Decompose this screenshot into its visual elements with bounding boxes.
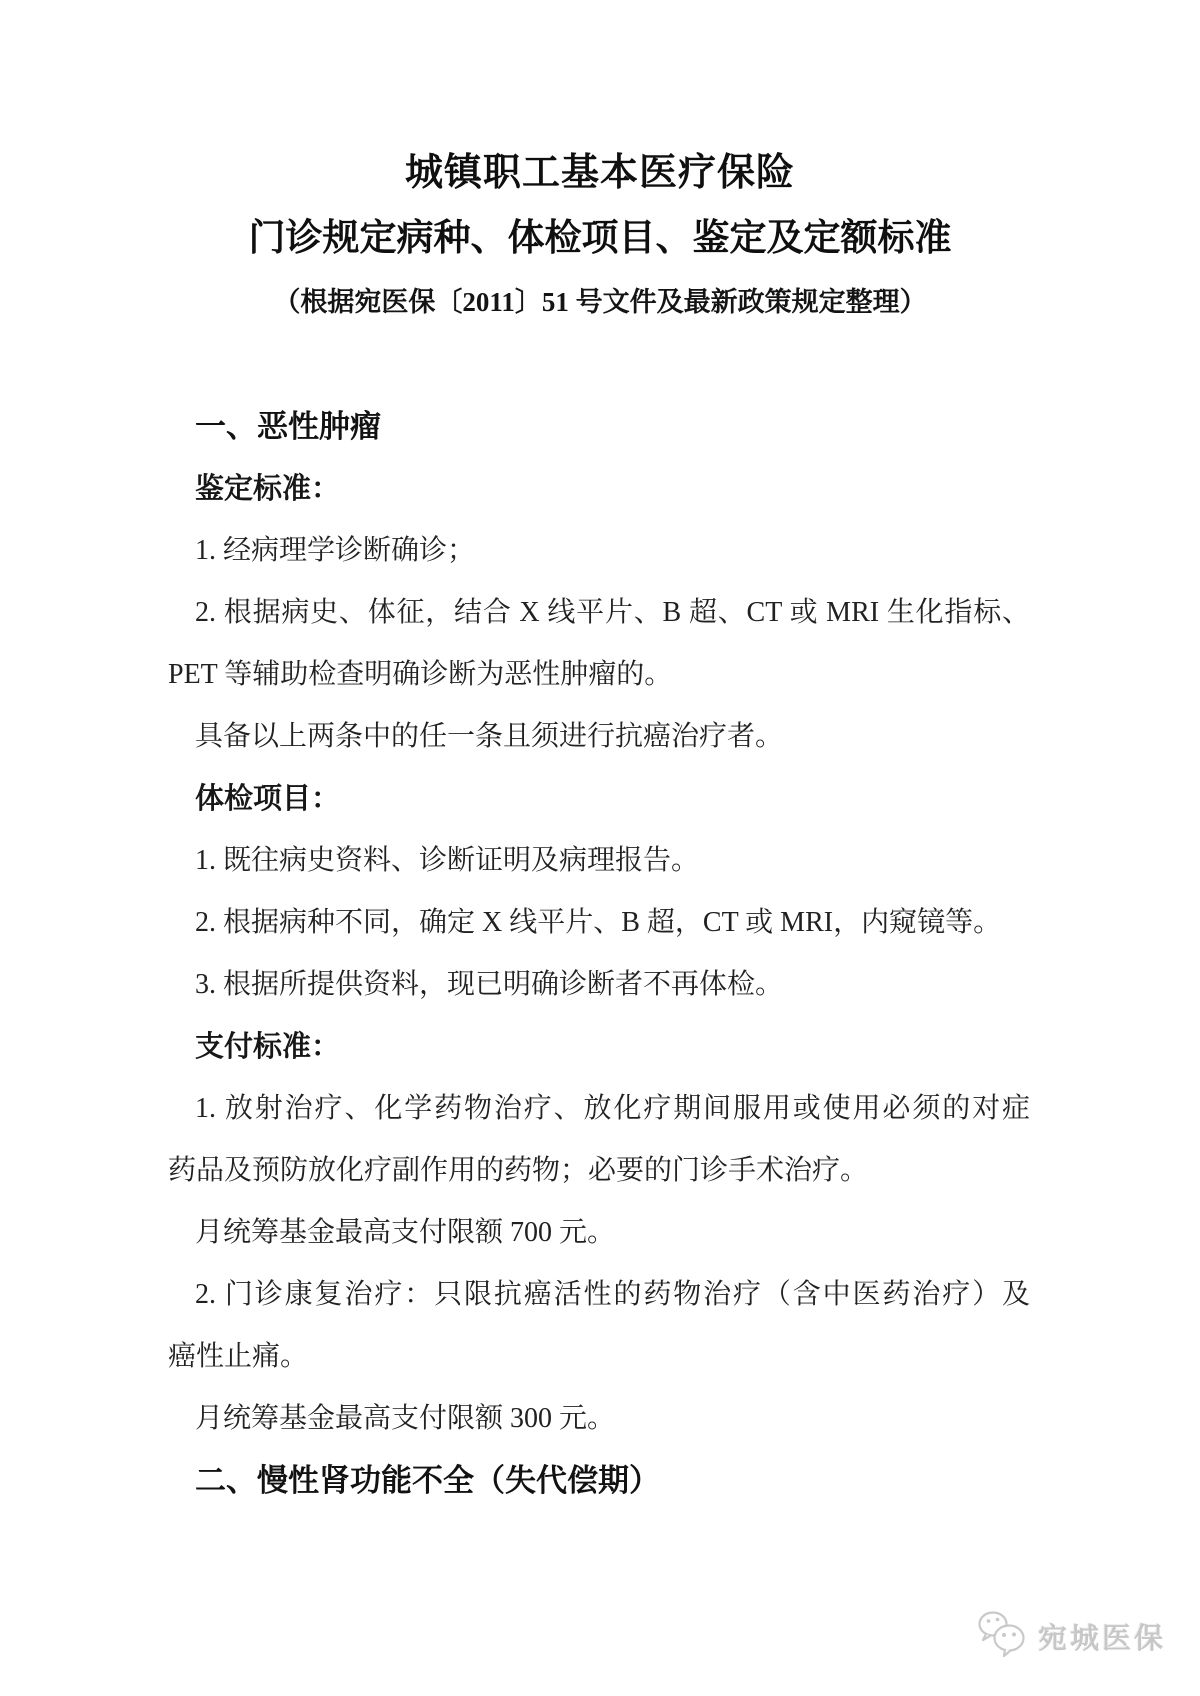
body-line: 2. 门诊康复治疗：只限抗癌活性的药物治疗（含中医药治疗）及	[168, 1264, 1030, 1326]
body-line: 2. 根据病种不同，确定 X 线平片、B 超，CT 或 MRI，内窥镜等。	[168, 892, 1030, 954]
document-page: 城镇职工基本医疗保险 门诊规定病种、体检项目、鉴定及定额标准 （根据宛医保〔20…	[0, 0, 1200, 1696]
body-line: 鉴定标准：	[168, 458, 1030, 520]
body-line: 月统筹基金最高支付限额 700 元。	[168, 1202, 1030, 1264]
body-line: 癌性止痛。	[168, 1326, 1030, 1388]
body-line: 具备以上两条中的任一条且须进行抗癌治疗者。	[168, 706, 1030, 768]
doc-title-line-1: 城镇职工基本医疗保险	[0, 140, 1200, 206]
body-line: 3. 根据所提供资料，现已明确诊断者不再体检。	[168, 954, 1030, 1016]
doc-subtitle: （根据宛医保〔2011〕51 号文件及最新政策规定整理）	[0, 272, 1200, 332]
doc-title-line-2: 门诊规定病种、体检项目、鉴定及定额标准	[0, 206, 1200, 272]
body-line: 体检项目：	[168, 768, 1030, 830]
watermark: 宛城医保	[977, 1609, 1166, 1664]
body-line: 2. 根据病史、体征，结合 X 线平片、B 超、CT 或 MRI 生化指标、	[168, 582, 1030, 644]
body-line: 1. 放射治疗、化学药物治疗、放化疗期间服用或使用必须的对症	[168, 1078, 1030, 1140]
body-line: 1. 经病理学诊断确诊；	[168, 520, 1030, 582]
body-line: 二、慢性肾功能不全（失代偿期）	[168, 1450, 1030, 1512]
body-line: 支付标准：	[168, 1016, 1030, 1078]
body-line: PET 等辅助检查明确诊断为恶性肿瘤的。	[168, 644, 1030, 706]
document-body: 一、恶性肿瘤鉴定标准：1. 经病理学诊断确诊；2. 根据病史、体征，结合 X 线…	[168, 396, 1030, 1512]
document-header: 城镇职工基本医疗保险 门诊规定病种、体检项目、鉴定及定额标准 （根据宛医保〔20…	[0, 0, 1200, 332]
body-line: 1. 既往病史资料、诊断证明及病理报告。	[168, 830, 1030, 892]
watermark-label: 宛城医保	[1038, 1616, 1166, 1657]
wechat-logo-icon	[977, 1609, 1029, 1664]
body-line: 药品及预防放化疗副作用的药物；必要的门诊手术治疗。	[168, 1140, 1030, 1202]
body-line: 一、恶性肿瘤	[168, 396, 1030, 458]
body-line: 月统筹基金最高支付限额 300 元。	[168, 1388, 1030, 1450]
